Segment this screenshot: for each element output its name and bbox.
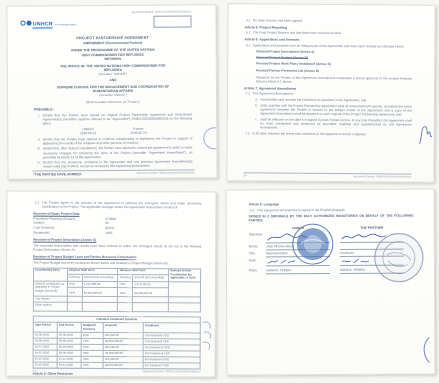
article-6-heading: Article 6: Appendices and Annexes [244, 37, 412, 42]
un-blue-stamp-icon [291, 222, 335, 266]
partner-date-value: 2020-06-24 [130, 131, 146, 135]
scanned-page-2: 4.1 No other revision has been agreed. A… [226, 3, 435, 183]
footer-agreement-symbol: Agreement Symbol: YEM01/2020/0000000243/… [136, 171, 194, 174]
item-text: GIVEN that the Parties have agreed to co… [43, 136, 193, 145]
clause-text: In all other respects the terms and cond… [252, 131, 366, 136]
clause-5-1: 5.1 The Final Project Reports and due da… [244, 31, 412, 36]
description-revision-paragraph: The expected deliverables and results ha… [33, 244, 201, 253]
other-parties-label: Other parties: [33, 302, 67, 311]
item-text: GIVEN that the provisions contained in t… [43, 160, 193, 169]
annex-approval-paragraph: Signature by the Parties of this Agreeme… [256, 75, 412, 84]
item-text: incorporates and accepts the conditions … [260, 98, 366, 103]
clause-1-1: 1.1 The Parties agree to the revision of… [33, 201, 201, 210]
footer-agreement-symbol: Agreement Symbol: YEM01/2020/0000000243/… [142, 370, 200, 373]
both-parties-line: (Both hereafter referred to as "Parties"… [34, 99, 192, 104]
clause-number: 7.1 [244, 92, 250, 96]
clause-text: No other revision has been agreed. [253, 18, 303, 22]
title-label: Title: [249, 251, 266, 257]
agreement-symbol: Agreement Symbol: YEM01/2020/0000000243/… [131, 10, 191, 13]
clause-number: 1.1 [33, 201, 39, 209]
partner-round-stamp-icon [368, 227, 429, 288]
cell-empty [168, 303, 200, 312]
clause-text: The Final Project Reports and due date h… [253, 31, 342, 36]
item-number: c. [252, 117, 258, 129]
office-hereafter: (hereafter "UNHCR") [34, 72, 192, 77]
clause-7-1-c: c. shall be effective on the date it is … [252, 117, 412, 131]
item-number: i. [34, 113, 40, 125]
item-number: iii. [34, 147, 40, 159]
place-label: Place: [249, 268, 266, 274]
unhcr-date-value: 2020-06-21 [80, 131, 96, 135]
doc-title-line2: AMENDMENT (Governmental Partner) [34, 40, 192, 45]
scanned-page-3: 1.1 The Parties agree to the revision of… [6, 190, 217, 377]
handwritten-initials-icon [417, 124, 433, 148]
article-1-heading: Article 1: Revised Provisions [35, 178, 193, 179]
signing-dates: UNHCR 2020-06-21 Partner 2020-06-24 [34, 126, 192, 135]
page-footer: 2/4 Agreement Symbol: YEM01/2020/0000000… [33, 368, 201, 373]
signature-label: Signature: [249, 232, 266, 243]
cell-currency: YER [118, 287, 133, 296]
item-text: shall, together with the Project Partner… [260, 103, 412, 116]
kv-value: 1045 [105, 231, 145, 236]
unhcr-contribution-label: UNHCR contribution as stipulated in Proj… [33, 281, 67, 297]
col-amounts: Amounts [103, 323, 143, 333]
budget-revision-heading: Revision of Project Budget Level and Par… [33, 254, 201, 259]
item-text: GIVEN that the Parties have signed an or… [43, 112, 193, 125]
item-number: ii. [34, 137, 40, 145]
clause-text: This Agreement Amendment is signed in th… [257, 208, 346, 213]
article-8-heading: Article 8: Language [249, 202, 414, 207]
and-label: AND [34, 78, 192, 83]
name-label: Name: [249, 244, 266, 250]
item-number: a. [252, 98, 258, 102]
annex-b-line-struck: Revised Project Budget (Annex B) [256, 56, 412, 61]
clause-text: The Parties agree to the revision of the… [42, 201, 202, 210]
cell-inkind-empty [168, 282, 200, 298]
cell-amount: 84,000,000.00 [133, 287, 169, 296]
reference-box [153, 15, 191, 27]
clause-text: Appendices and annexes form an integral … [253, 43, 405, 48]
clause-6-1: 6.1 Appendices and annexes form an integ… [244, 43, 412, 48]
unhcr-place-value: SANA'A, YEMEN [266, 268, 330, 274]
clause-7-1-b: b. shall, together with the Project Part… [252, 103, 412, 117]
un-emblem-icon [20, 21, 25, 26]
clause-number: 8.1 [249, 208, 255, 212]
cell-empty [67, 302, 82, 311]
preamble-item: ii. GIVEN that the Parties have agreed t… [34, 136, 192, 145]
kv-key: Situation(s): [33, 230, 105, 235]
clause-number: 6.1 [244, 43, 250, 47]
col-contributing-party: Contributing Party [34, 268, 68, 281]
contributions-table: Contributing Party Original Total Cash R… [33, 267, 201, 312]
cell-amount: 84,900,000.00 [82, 287, 118, 296]
item-text: shall be effective on the date it is sig… [260, 117, 412, 130]
table-row: Other parties: [33, 302, 200, 312]
kv-row: Situation(s): 1045 [33, 230, 201, 236]
between-label: BETWEEN [34, 56, 192, 61]
col-start-period: Start Period [33, 322, 57, 332]
page-number: 1/4 [33, 173, 37, 176]
unhcr-logo: UNHCR The UN Refugee Agency [20, 20, 76, 28]
clause-number: 5.1 [244, 31, 250, 35]
clause-7-1-a: a. incorporates and accepts the conditio… [252, 98, 412, 103]
clause-number: 4.1 [245, 18, 251, 22]
preamble-heading: PREAMBLE: [34, 106, 192, 111]
instalment-schedule-table: Indicative Instalment Schedule Start Per… [33, 316, 201, 370]
footer-agreement-symbol: Agreement Symbol: YEM01/2020/0000000243/… [353, 175, 411, 178]
page-number: 2/4 [33, 370, 37, 373]
page-number: 3/4 [243, 174, 247, 177]
edge-annotation-icon [201, 318, 215, 358]
col-instalment: Instalment [143, 323, 200, 333]
basic-data-list: Population Planning Group(s): 473346 Goa… [33, 216, 201, 235]
scanned-page-4: Article 8: Language 8.1 This Agreement A… [226, 188, 436, 375]
annex-a-line: Revised Project Description (Annex A) [256, 50, 412, 55]
clause-text: This Agreement Amendment: [252, 92, 293, 96]
clause-7-2: 7.2 In all other respects the terms and … [244, 131, 412, 136]
clause-4-1: 4.1 No other revision has been agreed. [245, 18, 413, 23]
article-5-heading: Article 5: Project Reporting [244, 25, 412, 30]
article-7-heading: Article 7: Agreement Amendment [244, 86, 412, 91]
edge-pen-mark-icon [419, 335, 433, 365]
page-footer: 3/4 Agreement Symbol: YEM01/2020/0000000… [243, 173, 411, 179]
clause-7-1: 7.1 This Agreement Amendment: [244, 92, 412, 97]
preamble-item: iv. GIVEN that the provisions contained … [34, 160, 192, 169]
refugee-emblem-icon [27, 21, 32, 26]
preamble-item: iii. GIVEN that, after mutual consultati… [34, 146, 192, 159]
col-inkind: Revised in-kind Contribution (as applica… [169, 268, 201, 281]
budget-revision-paragraph: The Project Budget has been revised as s… [33, 261, 201, 266]
cell-empty [133, 303, 169, 312]
scanned-page-1: Agreement Symbol: YEM01/2020/0000000243/… [6, 4, 217, 179]
clause-number: 7.2 [244, 131, 250, 135]
unhcr-logo-text: UNHCR [33, 21, 53, 28]
col-budgeted-currency: Budgeted Currency [81, 323, 103, 333]
unhcr-logo-tagline: The UN Refugee Agency [54, 24, 76, 26]
partner-handwritten-date-icon [340, 258, 370, 265]
preamble-item: i. GIVEN that the Parties have signed an… [34, 112, 192, 125]
clause-8-1: 8.1 This Agreement Amendment is signed i… [249, 207, 414, 212]
annex-d-line: Revised Partner Personnel List (Annex D) [256, 68, 412, 73]
annex-c-line: Revised Project Work Plan / Instalment (… [256, 61, 412, 66]
date-label: Date: [249, 259, 266, 267]
item-number: iv. [34, 161, 40, 169]
item-text: GIVEN that, after mutual consultations, … [43, 146, 193, 159]
description-revision-heading: Revision of Project Description (Annex A… [33, 238, 201, 243]
item-number: b. [252, 103, 258, 115]
cell-empty [118, 303, 133, 312]
partner-hereafter: (hereafter "Partner") [34, 93, 192, 98]
cell-empty [82, 303, 118, 312]
cell-currency: YER [67, 287, 82, 296]
col-end-period: End Period [57, 322, 81, 332]
